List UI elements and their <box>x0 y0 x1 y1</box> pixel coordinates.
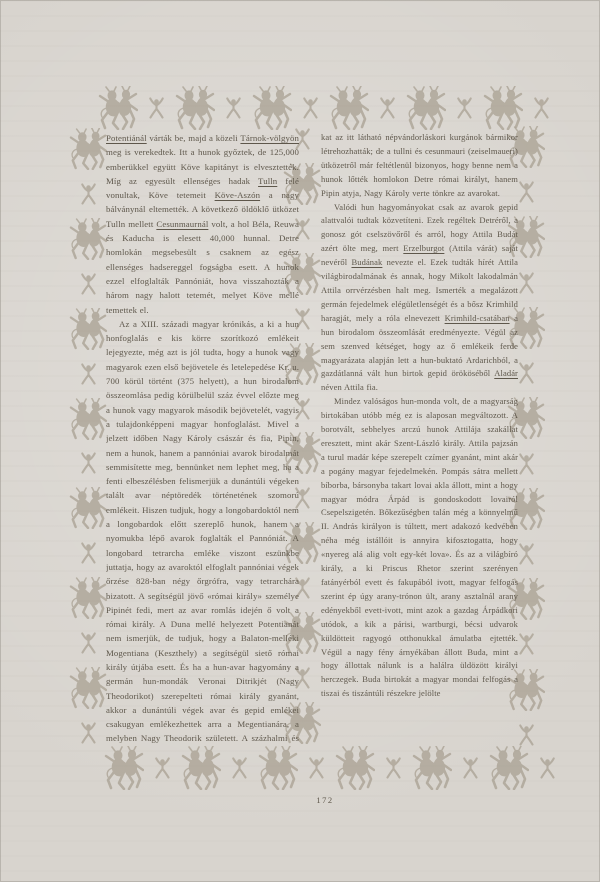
jester-x-ornament-icon <box>518 453 535 475</box>
dancing-imps-ornament-icon <box>69 577 107 619</box>
paragraph: kat az itt látható népvándorláskori kurg… <box>321 131 518 201</box>
jester-x-ornament-icon <box>154 757 171 779</box>
jester-x-ornament-icon <box>80 363 97 385</box>
text-column-right: kat az itt látható népvándorláskori kurg… <box>321 131 518 749</box>
text-run: volt, a hol Béla, Reuwa és Kaducha is el… <box>106 219 299 315</box>
underlined-term: Krimhild-csatában <box>445 313 510 323</box>
jester-x-ornament-icon <box>80 632 97 654</box>
text-column-left: Potentiánál várták be, majd a közeli Tár… <box>106 131 299 749</box>
text-run: néven Attila fia. <box>321 382 378 392</box>
dancing-imps-ornament-icon <box>69 218 107 260</box>
paragraph: Potentiánál várták be, majd a közeli Tár… <box>106 131 299 317</box>
jester-x-ornament-icon <box>302 97 319 119</box>
book-page-photo: Potentiánál várták be, majd a közeli Tár… <box>0 0 600 882</box>
jester-x-ornament-icon <box>231 757 248 779</box>
dancing-imps-ornament-icon <box>104 746 144 790</box>
dancing-imps-ornament-icon <box>406 86 446 130</box>
jester-x-ornament-icon <box>462 757 479 779</box>
paragraph: Mindez valóságos hun-monda volt, de a ma… <box>321 395 518 701</box>
ornament-border-left <box>66 128 110 744</box>
jester-x-ornament-icon <box>539 757 556 779</box>
underlined-term: Aladár <box>494 368 518 378</box>
jester-x-ornament-icon <box>80 452 97 474</box>
dancing-imps-ornament-icon <box>329 86 369 130</box>
jester-x-ornament-icon <box>533 97 550 119</box>
jester-x-ornament-icon <box>308 757 325 779</box>
jester-x-ornament-icon <box>80 273 97 295</box>
dancing-imps-ornament-icon <box>69 128 107 170</box>
dancing-imps-ornament-icon <box>69 398 107 440</box>
dancing-imps-ornament-icon <box>175 86 215 130</box>
paragraph: Az a XIII. századi magyar krónikás, a ki… <box>106 317 299 749</box>
text-run: várták be, majd a közeli <box>147 133 241 143</box>
underlined-term: Budának <box>351 257 382 267</box>
jester-x-ornament-icon <box>518 272 535 294</box>
ornament-border-top <box>98 84 550 131</box>
dancing-imps-ornament-icon <box>258 746 298 790</box>
underlined-term: Erzelburgot <box>403 243 444 253</box>
dancing-imps-ornament-icon <box>412 746 452 790</box>
jester-x-ornament-icon <box>80 542 97 564</box>
jester-x-ornament-icon <box>518 724 535 746</box>
jester-x-ornament-icon <box>518 633 535 655</box>
underlined-term: Tárnok-völgyön <box>240 133 299 143</box>
dancing-imps-ornament-icon <box>69 667 107 709</box>
text-run: kat az itt látható népvándorláskori kurg… <box>321 132 518 198</box>
text-run: Mindez valóságos hun-monda volt, de a ma… <box>321 396 518 698</box>
underlined-term: Potentiánál <box>106 133 147 143</box>
dancing-imps-ornament-icon <box>69 487 107 529</box>
text-run: Az a XIII. századi magyar krónikás, a ki… <box>106 319 299 749</box>
jester-x-ornament-icon <box>379 97 396 119</box>
paragraph: Valódi hun hagyományokat csak az avarok … <box>321 201 518 396</box>
underlined-term: Köve-Aszón <box>215 190 260 200</box>
dancing-imps-ornament-icon <box>98 86 138 130</box>
jester-x-ornament-icon <box>456 97 473 119</box>
page-number: 172 <box>100 795 550 805</box>
ornament-border-bottom <box>104 744 556 791</box>
dancing-imps-ornament-icon <box>181 746 221 790</box>
jester-x-ornament-icon <box>80 722 97 744</box>
jester-x-ornament-icon <box>225 97 242 119</box>
dancing-imps-ornament-icon <box>483 86 523 130</box>
dancing-imps-ornament-icon <box>489 746 529 790</box>
underlined-term: Cesunmaurnál <box>156 219 208 229</box>
dancing-imps-ornament-icon <box>69 308 107 350</box>
jester-x-ornament-icon <box>518 543 535 565</box>
jester-x-ornament-icon <box>80 183 97 205</box>
jester-x-ornament-icon <box>518 181 535 203</box>
jester-x-ornament-icon <box>385 757 402 779</box>
jester-x-ornament-icon <box>148 97 165 119</box>
jester-x-ornament-icon <box>518 362 535 384</box>
dancing-imps-ornament-icon <box>335 746 375 790</box>
dancing-imps-ornament-icon <box>252 86 292 130</box>
underlined-term: Tulln <box>258 176 277 186</box>
